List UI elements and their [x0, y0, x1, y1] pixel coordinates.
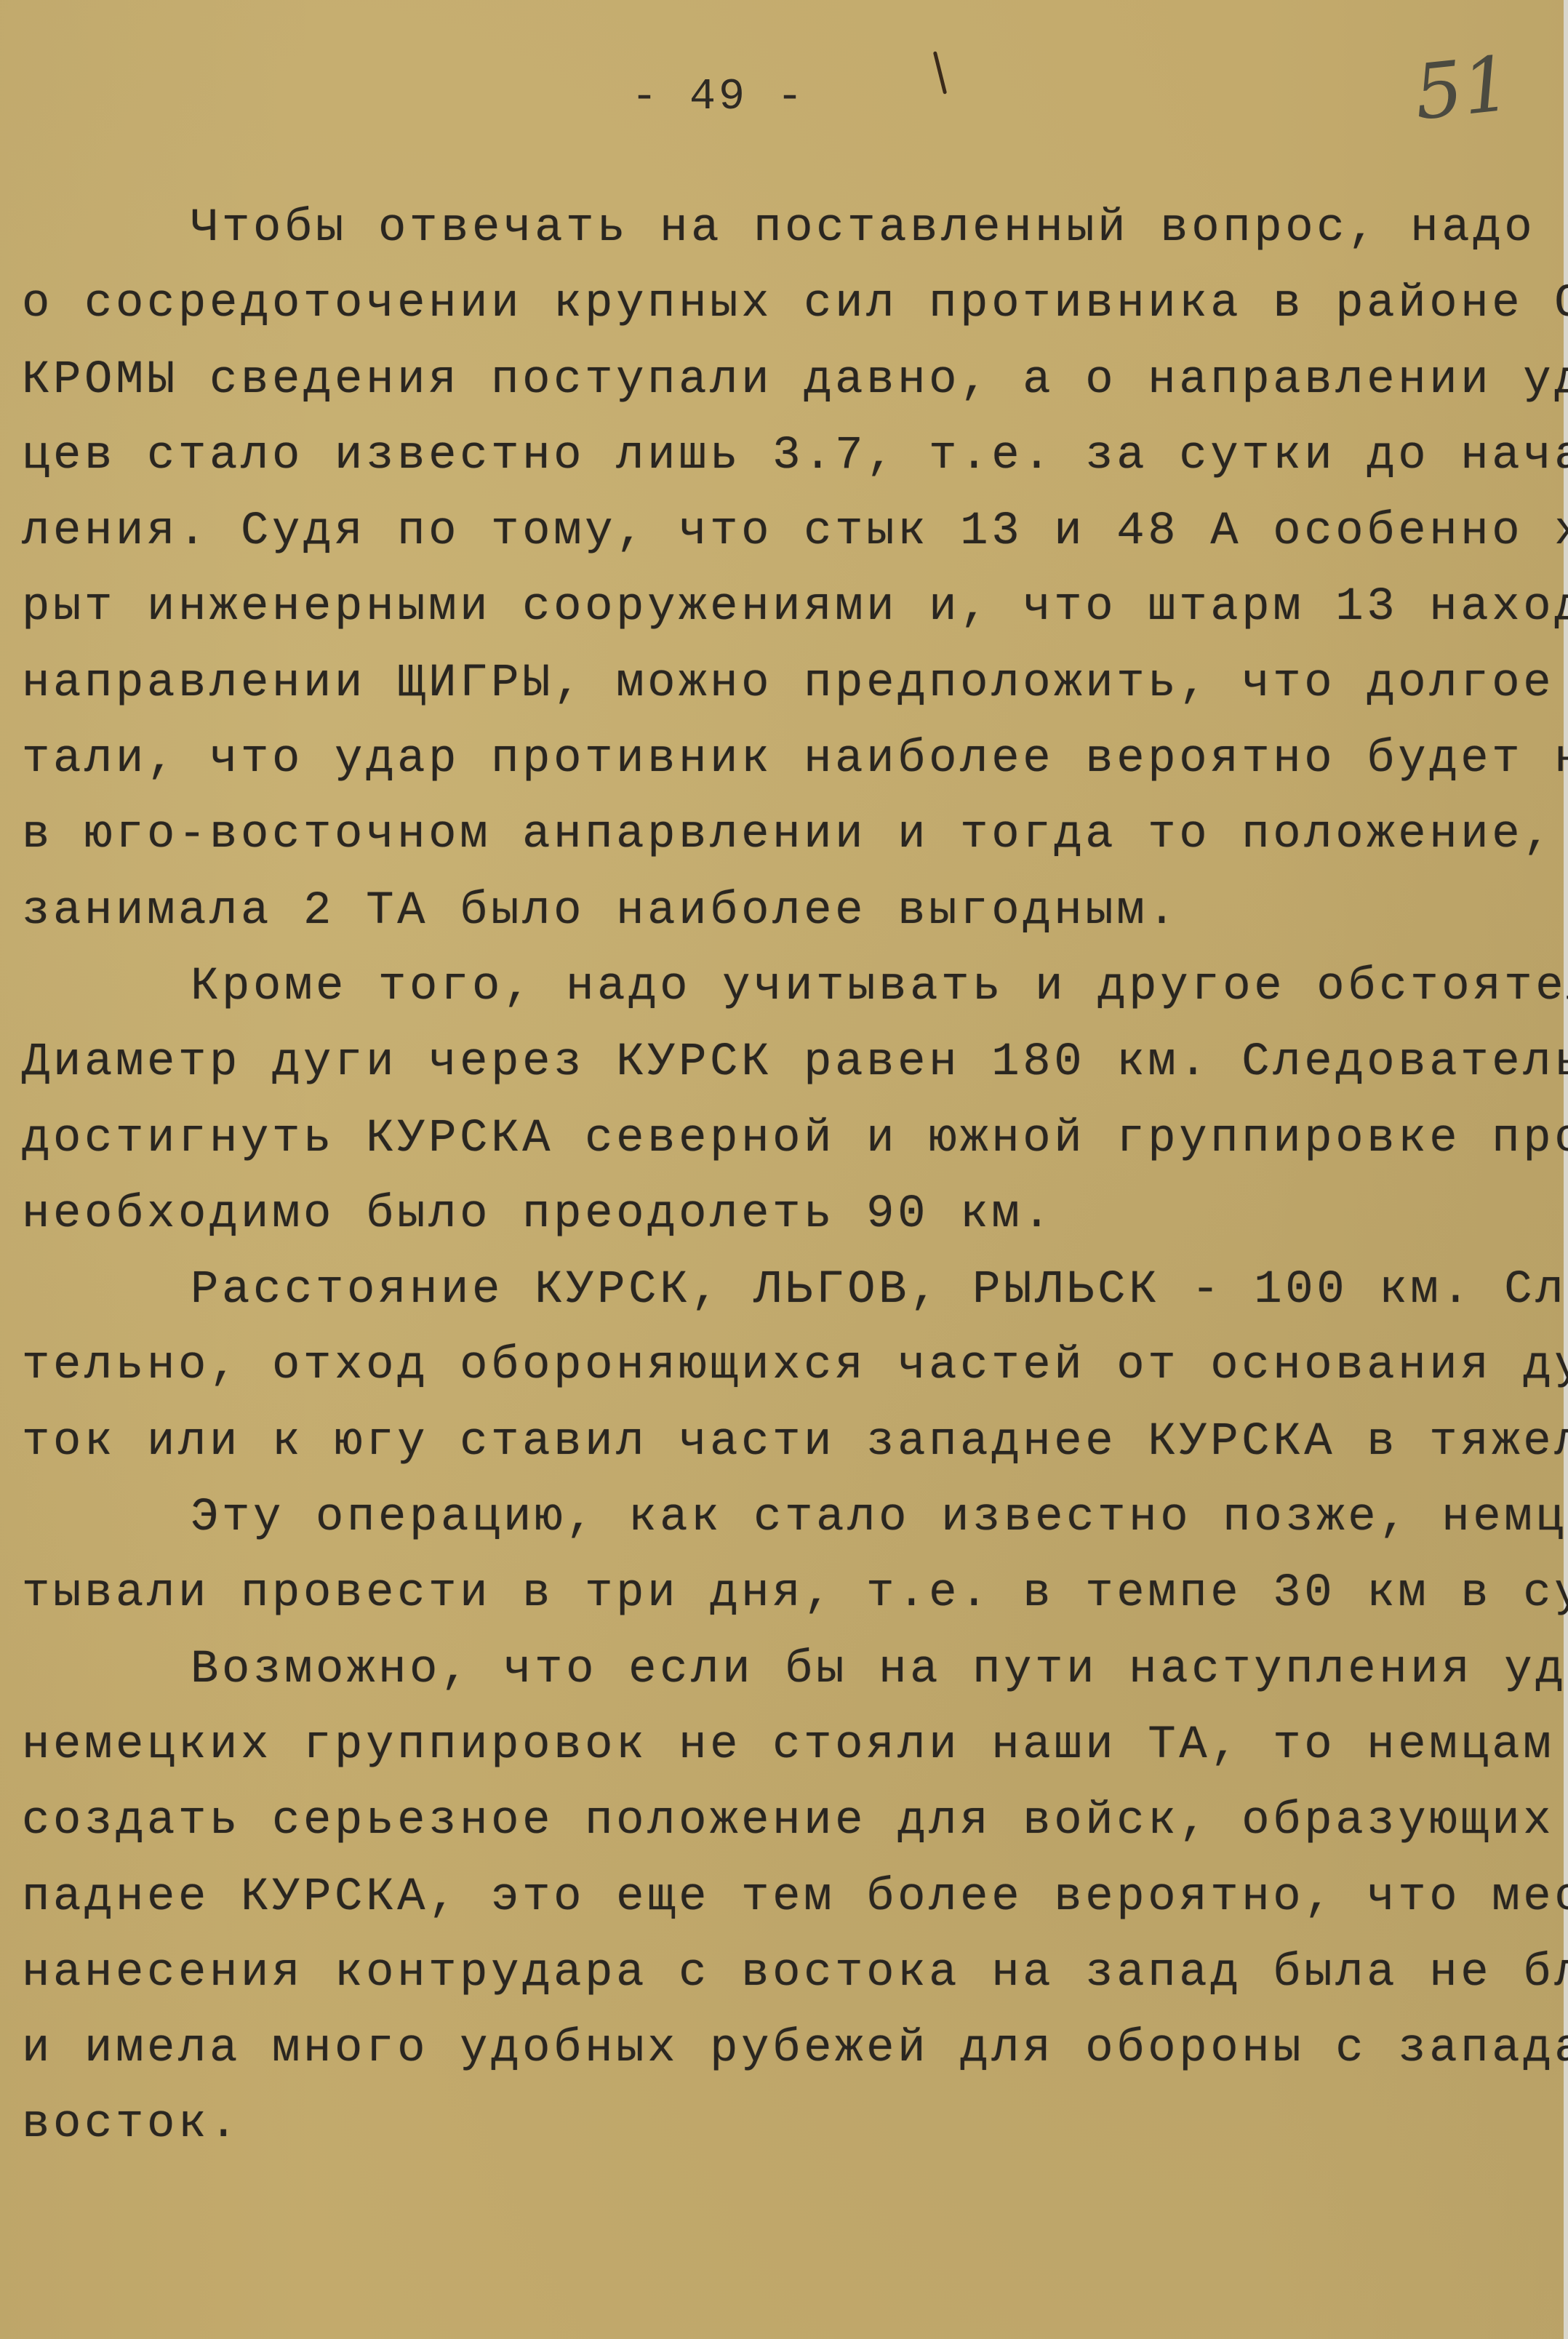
text-line: немецких группировок не стояли наши ТА, …: [22, 1708, 1549, 1783]
page-number: - 49 -: [631, 73, 806, 122]
paragraph-first-line: Эту операцию, как стало известно позже, …: [22, 1480, 1549, 1556]
text-line: в юго-восточном анпарвлении и тогда то п…: [22, 797, 1549, 873]
text-line: КРОМЫ сведения поступали давно, а о напр…: [22, 343, 1549, 418]
text-line: направлении ЩИГРЫ, можно предположить, ч…: [22, 646, 1549, 721]
paragraph-first-line: Кроме того, надо учитывать и другое обст…: [22, 949, 1549, 1025]
text-line: нанесения контрудара с востока на запад …: [22, 1935, 1549, 2011]
text-line: Диаметр дуги через КУРСК равен 180 км. С…: [22, 1025, 1549, 1100]
text-line: занимала 2 ТА было наиболее выгодным.: [22, 873, 1549, 949]
text-line: ток или к югу ставил части западнее КУРС…: [22, 1404, 1549, 1480]
text-line: необходимо было преодолеть 90 км.: [22, 1177, 1549, 1252]
text-line: создать серьезное положение для войск, о…: [22, 1783, 1549, 1859]
paragraph-first-line: Расстояние КУРСК, ЛЬГОВ, РЫЛЬСК - 100 км…: [22, 1252, 1549, 1328]
text-line: рыт инженерными сооружениями и, что штар…: [22, 569, 1549, 645]
text-line: паднее КУРСКА, это еще тем более вероятн…: [22, 1860, 1549, 1935]
typewritten-body: Чтобы отвечать на поставленный вопрос, н…: [22, 191, 1549, 2163]
archive-folio-number: 51: [1410, 39, 1515, 137]
paragraph-first-line: Возможно, что если бы на пути наступлени…: [22, 1632, 1549, 1708]
pencil-mark: [933, 51, 947, 94]
text-line: тельно, отход обороняющихся частей от ос…: [22, 1328, 1549, 1404]
text-line: достигнуть КУРСКА северной и южной групп…: [22, 1101, 1549, 1177]
text-line: цев стало известно лишь 3.7, т.е. за сут…: [22, 418, 1549, 494]
text-line: и имела много удобных рубежей для оборон…: [22, 2011, 1549, 2087]
paragraph-first-line: Чтобы отвечать на поставленный вопрос, н…: [22, 191, 1549, 266]
text-line: восток.: [22, 2087, 1549, 2162]
text-line: о сосредоточении крупных сил противника …: [22, 266, 1549, 342]
text-line: тывали провести в три дня, т.е. в темпе …: [22, 1556, 1549, 1631]
text-line: тали, что удар противник наиболее вероят…: [22, 721, 1549, 797]
text-line: ления. Судя по тому, что стык 13 и 48 А …: [22, 494, 1549, 569]
